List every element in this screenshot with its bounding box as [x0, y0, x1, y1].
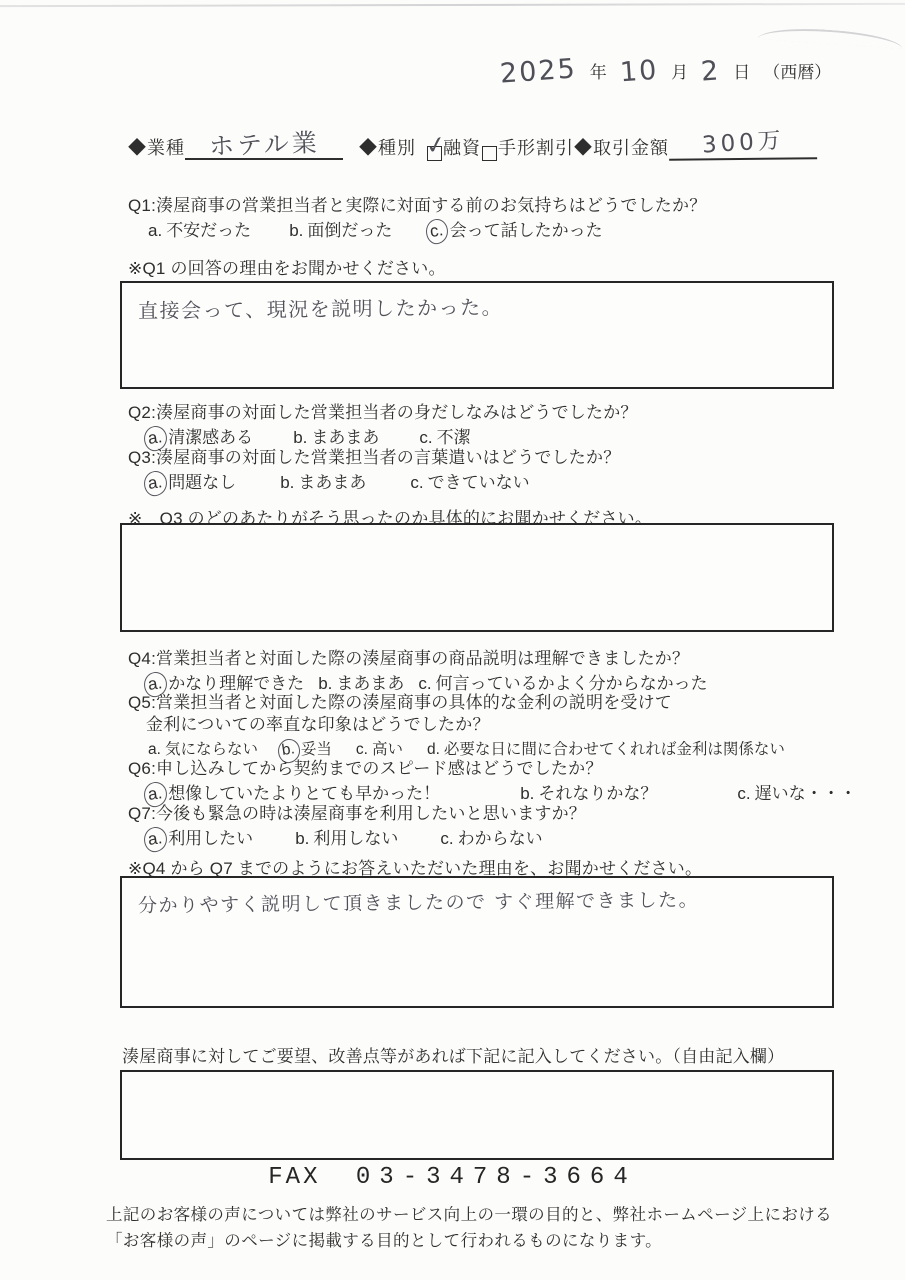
option-key: b.	[280, 472, 294, 494]
survey-form-scan: 2025 年 10 月 2 日 （西暦） ◆業種 ホテル業 ◆種別 ✓ 融資 手…	[0, 0, 905, 1280]
option-label: それなりかな？	[538, 784, 657, 803]
option-c: c.できていない	[410, 472, 529, 494]
options-row: a.清潔感ある b.まあまあ c.不潔	[148, 427, 638, 449]
option-label: まあまあ	[298, 473, 366, 492]
options-row: a.不安だった b.面倒だった c.会って話したかった	[148, 220, 706, 242]
option-label: わからない	[458, 829, 543, 848]
option-label: 想像していたよりとても早かった！	[168, 784, 440, 803]
option-a: a.想像していたよりとても早かった！	[148, 783, 440, 805]
date-month-handwritten: 10	[619, 57, 659, 87]
option-key selected-circle: a.	[142, 470, 168, 498]
option-b: b.面倒だった	[289, 220, 392, 242]
option-label: 問題なし	[168, 473, 236, 492]
date-day-label: 日	[733, 58, 750, 85]
option-b: b.まあまあ	[293, 427, 379, 449]
option-label: まあまあ	[336, 674, 404, 693]
date-year-handwritten: 2025	[499, 55, 577, 87]
option-label: 面倒だった	[307, 221, 392, 240]
option-a: a.問題なし	[148, 472, 236, 494]
question-q3: Q3:湊屋商事の対面した営業担当者の言葉遣いはどうでしたか？ a.問題なし b.…	[128, 447, 620, 494]
question-q4: Q4:営業担当者と対面した際の湊屋商事の商品説明は理解できましたか？ a.かなり…	[128, 648, 708, 695]
checkbox-loan: ✓	[427, 146, 442, 161]
option-label: 不潔	[437, 428, 471, 447]
question-text: Q3:湊屋商事の対面した営業担当者の言葉遣いはどうでしたか？	[128, 447, 620, 469]
question-text: Q7:今後も緊急の時は湊屋商事を利用したいと思いますか？	[128, 803, 586, 825]
option-c: c.わからない	[440, 828, 542, 850]
scan-edge-artifact	[0, 3, 905, 7]
question-q2: Q2:湊屋商事の対面した営業担当者の身だしなみはどうでしたか？ a.清潔感ある …	[128, 402, 638, 449]
option-label: 必要な日に間に合わせてくれれば金利は関係ない	[444, 741, 785, 758]
option-key selected-circle: a.	[142, 826, 168, 854]
option-key: c.	[410, 472, 423, 494]
checkbox-bill-discount	[482, 146, 497, 161]
check-icon: ✓	[424, 132, 449, 159]
date-day-handwritten: 2	[700, 57, 721, 85]
amount-value-handwritten: 300万	[701, 129, 785, 157]
question-text: Q6:申し込みしてから契約までのスピード感はどうでしたか？	[128, 758, 857, 780]
option-label: 不安だった	[166, 221, 251, 240]
option-label: 会って話したかった	[450, 221, 603, 240]
fax-label: FAX	[268, 1164, 320, 1191]
industry-value-handwritten: ホテル業	[208, 130, 320, 159]
fax-number: 03-3478-3664	[356, 1164, 637, 1191]
q1-reason-answer-box: 直接会って、現況を説明したかった。	[120, 281, 834, 389]
option-key: b.	[289, 220, 303, 242]
question-q7: Q7:今後も緊急の時は湊屋商事を利用したいと思いますか？ a.利用したい b.利…	[128, 803, 586, 850]
option-b: b.それなりかな？	[520, 783, 657, 805]
question-q5: Q5:営業担当者と対面した際の湊屋商事の具体的な金利の説明を受けて 金利について…	[128, 692, 785, 761]
scan-swoosh-artifact	[758, 25, 904, 49]
option-label: 妥当	[301, 741, 332, 758]
option-label: 利用したい	[168, 829, 253, 848]
q3-reason-answer-box	[120, 523, 834, 632]
q1-reason-handwritten: 直接会って、現況を説明したかった。	[138, 291, 503, 324]
options-row: a.問題なし b.まあまあ c.できていない	[148, 472, 620, 494]
option-c: c.不潔	[419, 427, 470, 449]
industry-answer-line: ホテル業	[185, 130, 343, 160]
question-text: Q4:営業担当者と対面した際の湊屋商事の商品説明は理解できましたか？	[128, 648, 708, 670]
type-option-bill-label: 手形割引	[498, 134, 574, 160]
date-year-label: 年	[590, 58, 607, 85]
option-label: 高い	[372, 741, 403, 758]
option-key: a.	[148, 220, 162, 242]
fax-line: FAX 03-3478-3664	[0, 1164, 905, 1191]
options-row: a.想像していたよりとても早かった！ b.それなりかな？ c.遅いな・・・	[148, 783, 857, 805]
option-key: b.	[520, 783, 534, 805]
meta-line: ◆業種 ホテル業 ◆種別 ✓ 融資 手形割引 ◆取引金額 300万	[128, 130, 817, 160]
q4q7-reason-handwritten: 分かりやすく説明して頂きましたので すぐ理解できました。	[138, 885, 699, 918]
footer-note-line2: 「お客様の声」のページに掲載する目的として行われるものになります。	[106, 1229, 832, 1255]
date-month-label: 月	[671, 58, 688, 85]
footer-note-line1: 上記のお客様の声については弊社のサービス向上の一環の目的と、弊社ホームページ上に…	[106, 1203, 832, 1229]
industry-label: ◆業種	[128, 134, 185, 160]
question-q6: Q6:申し込みしてから契約までのスピード感はどうでしたか？ a.想像していたより…	[128, 758, 857, 805]
option-key: c.	[419, 427, 432, 449]
free-entry-answer-box	[120, 1070, 834, 1160]
question-text-line2: 金利についての率直な印象はどうでしたか？	[146, 714, 785, 736]
q4q7-reason-answer-box: 分かりやすく説明して頂きましたので すぐ理解できました。	[120, 876, 834, 1008]
footer-note: 上記のお客様の声については弊社のサービス向上の一環の目的と、弊社ホームページ上に…	[106, 1203, 832, 1254]
q1-reason-prompt: ※Q1 の回答の理由をお聞かせください。	[128, 254, 446, 279]
option-key: b.	[293, 427, 307, 449]
type-label: ◆種別	[359, 134, 416, 160]
option-label: 何言っているかよく分からなかった	[436, 674, 708, 693]
option-label: 清潔感ある	[168, 428, 253, 447]
option-c: c.会って話したかった	[430, 220, 602, 242]
option-label: できていない	[428, 473, 530, 492]
option-c: c.遅いな・・・	[737, 783, 856, 805]
question-text: Q5:営業担当者と対面した際の湊屋商事の具体的な金利の説明を受けて	[128, 692, 785, 714]
date-line: 2025 年 10 月 2 日 （西暦）	[500, 58, 831, 85]
options-row: a.利用したい b.利用しない c.わからない	[148, 828, 586, 850]
question-text: Q2:湊屋商事の対面した営業担当者の身だしなみはどうでしたか？	[128, 402, 638, 424]
date-era-note: （西暦）	[763, 58, 831, 85]
option-label: 気にならない	[165, 741, 258, 758]
option-a: a.利用したい	[148, 828, 253, 850]
option-key selected-circle: c.	[425, 218, 450, 246]
amount-label: ◆取引金額	[574, 134, 669, 160]
question-q1: Q1:湊屋商事の営業担当者と実際に対面する前のお気持ちはどうでしたか？ a.不安…	[128, 195, 706, 242]
option-label: 利用しない	[313, 829, 398, 848]
option-b: b.まあまあ	[280, 472, 366, 494]
free-entry-prompt: 湊屋商事に対してご要望、改善点等があれば下記に記入してください。（自由記入欄）	[122, 1042, 784, 1067]
option-label: 遅いな・・・	[755, 784, 857, 803]
option-b: b.利用しない	[295, 828, 398, 850]
amount-answer-line: 300万	[669, 129, 817, 161]
option-a: a.清潔感ある	[148, 427, 253, 449]
option-key: b.	[295, 828, 309, 850]
option-label: まあまあ	[311, 428, 379, 447]
option-a: a.不安だった	[148, 220, 251, 242]
option-key: c.	[440, 828, 453, 850]
option-key: c.	[737, 783, 750, 805]
option-label: かなり理解できた	[168, 674, 304, 693]
question-text: Q1:湊屋商事の営業担当者と実際に対面する前のお気持ちはどうでしたか？	[128, 195, 706, 217]
